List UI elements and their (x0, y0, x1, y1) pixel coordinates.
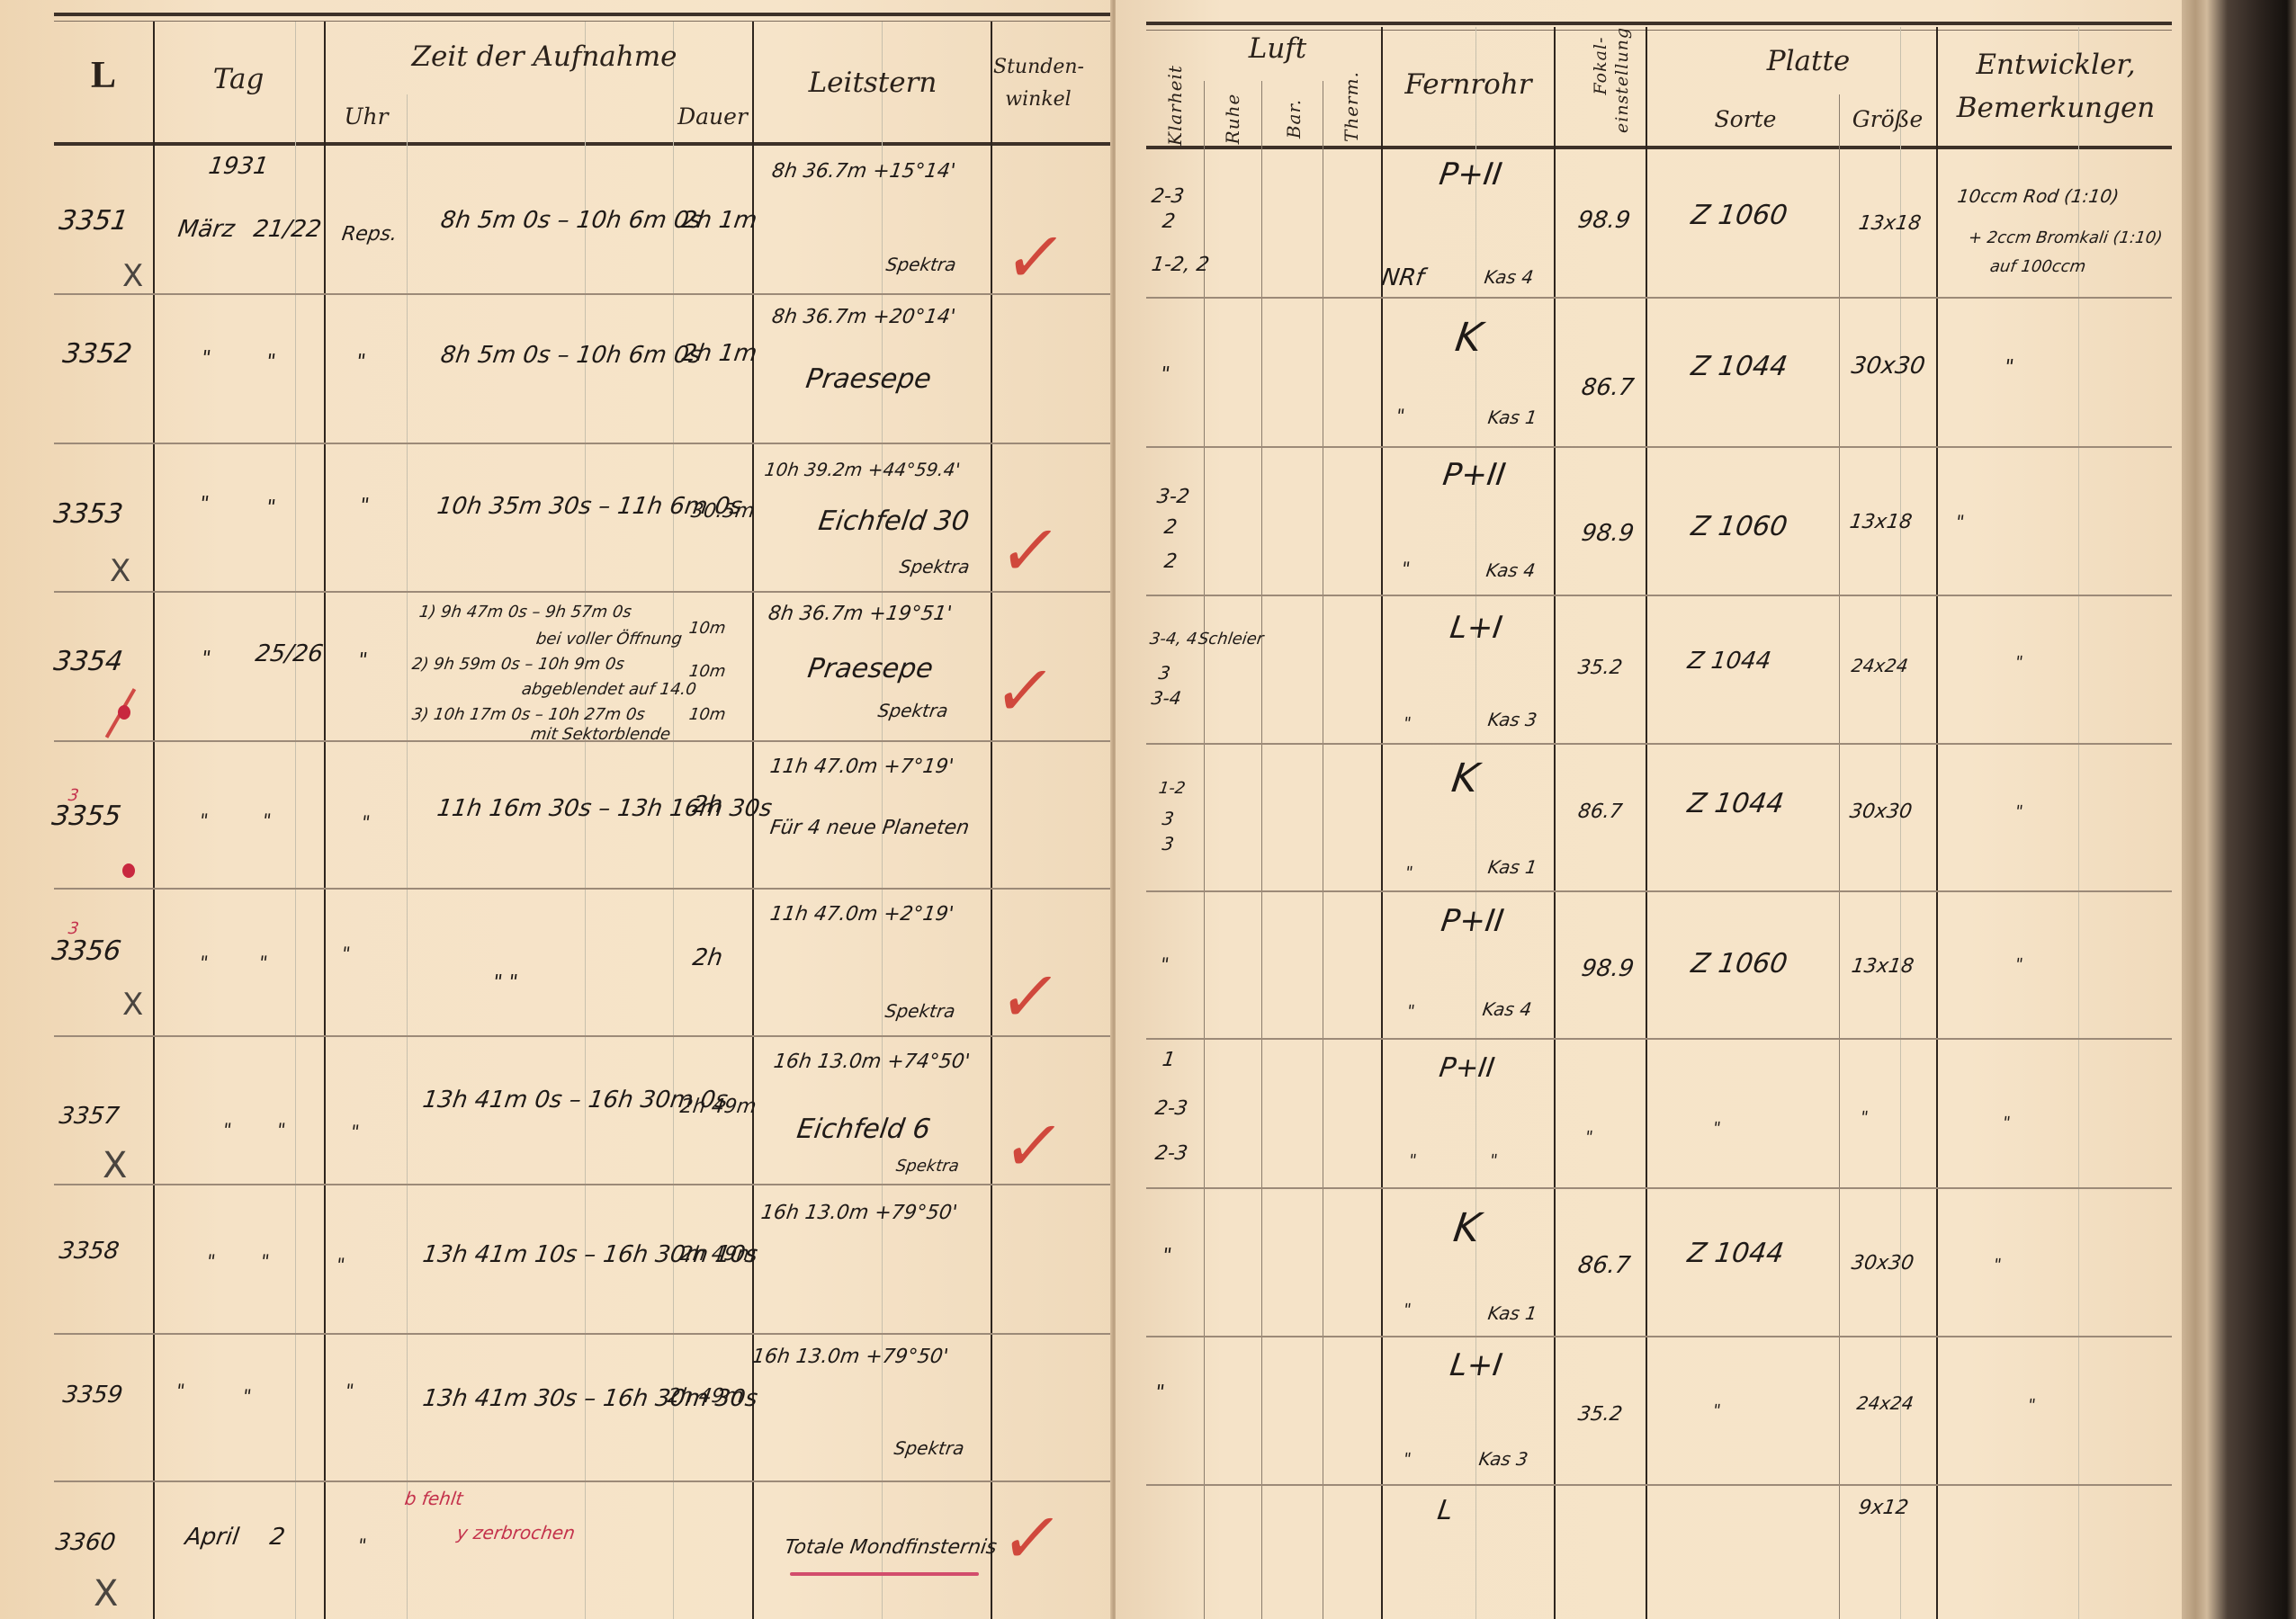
fernrohr-instrument: P+II (1437, 157, 1504, 192)
fernrohr-instrument: P+II (1439, 903, 1506, 939)
uhr-value: " (349, 1121, 361, 1142)
dauer-line-2: 10m (688, 662, 727, 681)
col-rule-tag (324, 22, 326, 1619)
header-sorte: Sorte (1691, 106, 1799, 132)
klarheit-line-3: 3 (1161, 833, 1175, 854)
fokal-value: 86.7 (1576, 1252, 1632, 1279)
tag-day: " (265, 351, 277, 373)
dauer-value: 2h 1m (680, 340, 758, 367)
row-separator (1146, 890, 2172, 892)
header-ruhe: Ruhe (1222, 92, 1243, 146)
header-groesse: Größe (1843, 106, 1933, 132)
ruhe-value: Schleier (1197, 630, 1265, 648)
remark-line-1: 10ccm Rod (1:10) (1956, 185, 2120, 207)
header-l: L (81, 54, 126, 97)
remark-line-1: " (2014, 802, 2024, 821)
fernrohr-note: " (1406, 1002, 1416, 1021)
header-stundenwinkel-line2: winkel (993, 88, 1083, 111)
uhr-value: " (356, 1534, 368, 1556)
logbook-spread: L Tag Zeit der Aufnahme Uhr Dauer Leitst… (0, 0, 2296, 1619)
fokal-value: 86.7 (1576, 801, 1623, 823)
left-page: L Tag Zeit der Aufnahme Uhr Dauer Leitst… (0, 0, 1116, 1619)
fernrohr-instrument: K (1452, 315, 1484, 361)
klarheit-line-2: 2-3 (1153, 1097, 1188, 1120)
dauer-line-1: 10m (688, 619, 727, 638)
fokal-value: 98.9 (1580, 520, 1636, 547)
red-check-mark: ✓ (1000, 223, 1071, 293)
klarheit-line-1: " (1161, 1245, 1173, 1267)
header-bottom-rule (1146, 146, 2172, 149)
zeit-line-2: bei voller Öffnung (535, 630, 684, 648)
remark-line-2: + 2ccm Bromkali (1:10) (1968, 228, 2164, 247)
plate-sort: Z 1044 (1686, 788, 1786, 819)
fernrohr-instrument: P+II (1440, 457, 1508, 493)
plate-number: 3354 (52, 646, 125, 677)
tag-month: " (198, 493, 211, 515)
leitstern-coords: 11h 47.0m +2°19' (768, 903, 955, 926)
red-check-mark: ✓ (998, 1112, 1069, 1182)
plate-size: 9x12 (1857, 1497, 1910, 1519)
fernrohr-note: " (1404, 863, 1414, 882)
plate-sort: Z 1044 (1686, 648, 1772, 675)
header-tag: Tag (171, 63, 306, 95)
header-leitstern: Leitstern (774, 67, 972, 99)
col-guide-tag (295, 22, 296, 1619)
tag-month: März (176, 216, 237, 243)
plate-sort: Z 1044 (1690, 351, 1789, 382)
klarheit-line-1: 1-2 (1158, 779, 1187, 798)
remark-line-1: " (1954, 511, 1966, 532)
zeit-red-note-1: b fehlt (403, 1488, 464, 1509)
x-mark: X (94, 1576, 118, 1612)
red-underline (790, 1572, 979, 1576)
row-separator (54, 1333, 1116, 1335)
row-separator (54, 1184, 1116, 1185)
uhr-value: " (335, 1254, 346, 1275)
tag-month: " (198, 952, 210, 973)
fokal-value: 35.2 (1576, 657, 1623, 679)
tag-month: " (205, 1250, 217, 1272)
red-check-mark: ✓ (994, 516, 1065, 586)
col-rule-groesse (1936, 27, 1938, 1619)
row-separator (1146, 1484, 2172, 1486)
remark-line-1: " (2027, 1396, 2037, 1415)
klarheit-line-1: " (1159, 363, 1171, 386)
fernrohr-instrument: L (1436, 1495, 1456, 1526)
col-rule-leitstern (991, 22, 992, 1619)
plate-size: 30x30 (1848, 801, 1914, 823)
col-rule-uhr (407, 94, 408, 1619)
leitstern-sub: Spektra (876, 700, 949, 721)
leitstern-sub: Spektra (883, 1000, 956, 1022)
leitstern-coords: 8h 36.7m +20°14' (770, 306, 956, 328)
zeit-line-3: 2) 9h 59m 0s – 10h 9m 0s (411, 655, 626, 674)
dauer-line-3: 10m (688, 705, 727, 724)
col-rule-bar (1323, 81, 1323, 1619)
right-page: Luft Klarheit Ruhe Bar. Therm. Fernrohr … (1116, 0, 2182, 1619)
leitstern-sub: Spektra (884, 254, 957, 275)
zeit-line-6: mit Sektorblende (530, 725, 672, 744)
cassette: Kas 3 (1477, 1448, 1529, 1470)
fernrohr-instrument: P+II (1438, 1052, 1497, 1084)
leitstern-coords: 11h 47.0m +7°19' (768, 756, 955, 778)
remark-line-1: " (1993, 1256, 2003, 1275)
row-separator (54, 591, 1116, 593)
plate-size: 13x18 (1850, 955, 1915, 978)
uhr-value: " (340, 943, 352, 964)
tag-day: " (259, 1250, 271, 1272)
dauer-value: 2h 1m (680, 207, 758, 234)
row-separator (1146, 743, 2172, 745)
plate-size: 30x30 (1850, 353, 1927, 380)
leitstern-note: Totale Mondfinsternis (783, 1536, 998, 1559)
fernrohr-note: NRf (1380, 264, 1426, 291)
zeit-value: 8h 5m 0s – 10h 6m 0s (439, 342, 703, 369)
leitstern-coords: 8h 36.7m +15°14' (770, 160, 956, 183)
klarheit-line-1: 2-3 (1150, 185, 1185, 208)
x-mark: X (110, 556, 130, 586)
row-separator (54, 293, 1116, 295)
dauer-value: 2h 49m (678, 1096, 758, 1118)
header-bemerkungen: Bemerkungen (1952, 92, 2159, 124)
klarheit-line-3: 2 (1162, 550, 1179, 573)
red-check-mark: ✓ (989, 657, 1060, 727)
row-separator (1146, 595, 2172, 596)
remark-line-1: " (2014, 955, 2024, 974)
header-luft: Luft (1233, 32, 1323, 65)
cassette: Kas 4 (1483, 266, 1535, 288)
cassette: Kas 1 (1486, 407, 1538, 428)
tag-day: " (241, 1385, 253, 1407)
klarheit-line-3: 2-3 (1153, 1142, 1188, 1165)
zeit-red-note-2: y zerbrochen (455, 1522, 576, 1543)
row-separator (54, 443, 1116, 444)
tag-month: " (175, 1380, 186, 1401)
fernrohr-instrument: K (1450, 1205, 1483, 1251)
dauer-value: 2h 49m (666, 1385, 745, 1408)
fokal-value: 98.9 (1576, 207, 1632, 234)
cassette: Kas 4 (1484, 559, 1537, 581)
leitstern-note: Praesepe (806, 653, 936, 684)
tag-month: " (200, 347, 212, 370)
red-check-mark: ✓ (994, 962, 1065, 1033)
x-mark: X (122, 989, 143, 1020)
leitstern-note: Praesepe (804, 363, 934, 395)
klarheit-line-2: 3 (1157, 662, 1171, 684)
tag-day: " (265, 496, 277, 519)
col-rule-l (153, 22, 155, 1619)
leitstern-note: Eichfeld 30 (817, 505, 972, 537)
klarheit-line-2: 3 (1161, 808, 1175, 829)
fernrohr-note: " (1395, 405, 1406, 426)
x-mark: X (122, 261, 143, 291)
row-separator (54, 1480, 1116, 1482)
cassette: Kas 1 (1486, 856, 1538, 878)
fernrohr-instrument: L+I (1448, 1347, 1504, 1383)
leitstern-coords: 16h 13.0m +79°50' (750, 1346, 949, 1368)
klarheit-line-2: 2 (1162, 516, 1179, 539)
plate-number: 3355 (50, 801, 123, 832)
row-separator (1146, 1187, 2172, 1189)
zeit-value: " " (491, 971, 519, 994)
leitstern-note: Eichfeld 6 (795, 1114, 933, 1145)
leitstern-sub: Spektra (895, 1157, 961, 1176)
plate-sort: Z 1060 (1690, 948, 1789, 979)
leitstern-sub: Spektra (892, 1437, 965, 1459)
plate-size: " (1860, 1108, 1870, 1127)
uhr-value: Reps. (340, 223, 399, 246)
tag-month: April (184, 1524, 241, 1551)
leitstern-coords: 10h 39.2m +44°59.4' (763, 459, 961, 480)
cassette: Kas 3 (1486, 709, 1538, 730)
zeit-line-1: 1) 9h 47m 0s – 9h 57m 0s (418, 603, 633, 622)
col-rule-klarheit (1204, 81, 1205, 1619)
klarheit-line-1: " (1159, 953, 1170, 975)
plate-number: 3357 (58, 1103, 121, 1130)
leitstern-note: Für 4 neue Planeten (768, 817, 971, 839)
x-mark: X (103, 1148, 127, 1184)
book-binding-edge (2182, 0, 2296, 1619)
leitstern-coords: 16h 13.0m +79°50' (759, 1202, 958, 1224)
plate-sort: Z 1060 (1690, 200, 1789, 231)
tag-day: 25/26 (254, 640, 325, 667)
header-fokal-line2: einstellung (1612, 34, 1632, 133)
plate-sort: " (1712, 1119, 1722, 1138)
tag-day: " (275, 1119, 287, 1140)
col-rule-luft (1381, 27, 1383, 1619)
plate-number: 3353 (52, 498, 125, 530)
plate-number: 3352 (61, 338, 134, 370)
remark-line-3: auf 100ccm (1989, 257, 2087, 276)
leitstern-coords: 16h 13.0m +74°50' (772, 1051, 971, 1073)
fernrohr-note: " (1400, 558, 1412, 579)
header-fernrohr: Fernrohr (1386, 68, 1551, 101)
klarheit-line-1: 1 (1161, 1049, 1177, 1071)
klarheit-line-2: 2 (1161, 210, 1177, 233)
klarheit-line-1: 3-2 (1155, 486, 1190, 508)
red-dot-marker (118, 705, 130, 720)
col-guide-groesse (1900, 27, 1901, 1619)
header-uhr: Uhr (335, 103, 398, 130)
remark-line-1: " (2002, 1114, 2012, 1132)
klarheit-line-3: 1-2, 2 (1150, 254, 1210, 276)
fokal-value: 98.9 (1580, 955, 1636, 982)
plate-number: 3356 (50, 935, 123, 967)
uhr-value: " (356, 649, 369, 672)
row-separator (1146, 446, 2172, 448)
remark-line-1: " (2014, 653, 2024, 672)
header-dauer: Dauer (677, 103, 749, 130)
col-rule-fernrohr (1554, 27, 1556, 1619)
red-check-mark: ✓ (996, 1504, 1067, 1574)
row-separator (54, 888, 1116, 890)
col-rule-sorte (1839, 94, 1840, 1619)
remark-line-1: " (2003, 356, 2015, 379)
uhr-value: " (354, 351, 367, 373)
header-platte: Platte (1700, 45, 1916, 77)
leitstern-coords: 8h 36.7m +19°51' (767, 603, 953, 625)
tag-month: " (198, 809, 210, 831)
fernrohr-note: " (1403, 1450, 1413, 1469)
uhr-value: " (358, 495, 371, 517)
zeit-line-5: 3) 10h 17m 0s – 10h 27m 0s (411, 705, 647, 724)
fernrohr-instrument: K (1448, 756, 1481, 801)
top-rule (54, 13, 1116, 16)
fernrohr-note: " (1403, 714, 1413, 733)
plate-size: 24x24 (1850, 655, 1909, 676)
top-rule (1146, 22, 2172, 25)
plate-number: 3359 (61, 1382, 124, 1409)
tag-day: " (261, 809, 273, 831)
col-rule-fokal (1646, 27, 1647, 1619)
row-separator (54, 1035, 1116, 1037)
cassette: " (1489, 1151, 1499, 1170)
header-zeit-der-aufnahme: Zeit der Aufnahme (378, 40, 711, 73)
klarheit-line-1: 3-4, 4 (1149, 630, 1198, 648)
header-stundenwinkel-line1: Stunden- (993, 56, 1083, 78)
fokal-value: 86.7 (1580, 374, 1636, 401)
dauer-value: 2h 49m (678, 1243, 758, 1266)
zeit-value: 8h 5m 0s – 10h 6m 0s (439, 207, 703, 234)
tag-month: " (221, 1119, 233, 1140)
header-klarheit: Klarheit (1164, 74, 1186, 146)
row-separator (1146, 1336, 2172, 1337)
fernrohr-note: " (1403, 1301, 1413, 1319)
red-dot-marker (122, 863, 135, 878)
fernrohr-instrument: L+I (1448, 610, 1504, 646)
tag-day: 21/22 (252, 216, 323, 243)
tag-day: 2 (268, 1524, 287, 1551)
klarheit-line-3: 3-4 (1150, 687, 1182, 709)
row-separator (1146, 297, 2172, 299)
uhr-value: " (360, 811, 372, 833)
plate-size: 13x18 (1857, 212, 1923, 235)
header-fokal-line1: Fokal- (1591, 16, 1610, 115)
dauer-value: 2h (691, 944, 724, 971)
plate-number: 3351 (58, 205, 130, 237)
plate-number: 3360 (54, 1529, 117, 1556)
row-separator (1146, 1038, 2172, 1040)
cassette: Kas 4 (1481, 998, 1533, 1020)
plate-number: 3358 (58, 1238, 121, 1265)
fernrohr-note: " (1408, 1151, 1418, 1170)
fokal-value: " (1584, 1128, 1594, 1147)
uhr-value: " (344, 1380, 355, 1401)
fokal-value: 35.2 (1576, 1403, 1623, 1426)
plate-sort: Z 1044 (1686, 1238, 1786, 1269)
year-note: 1931 (207, 153, 270, 180)
header-therm: Therm. (1341, 88, 1362, 142)
dauer-value: 2h (691, 792, 724, 818)
tag-day: " (257, 952, 269, 973)
plate-size: 30x30 (1850, 1252, 1915, 1275)
header-entwickler: Entwickler, (1952, 49, 2159, 81)
plate-size: 24x24 (1855, 1392, 1915, 1414)
dauer-value: 30.5m (689, 500, 756, 523)
col-rule-ruhe (1261, 81, 1262, 1619)
leitstern-sub: Spektra (898, 556, 971, 577)
plate-size: 13x18 (1848, 511, 1914, 533)
klarheit-line-1: " (1153, 1382, 1166, 1404)
cassette: Kas 1 (1486, 1302, 1538, 1324)
zeit-line-4: abgeblendet auf 14.0 (521, 680, 698, 699)
plate-sort: " (1712, 1401, 1722, 1420)
plate-sort: Z 1060 (1690, 511, 1789, 542)
header-bar: Bar. (1283, 92, 1305, 146)
tag-month: " (200, 648, 212, 670)
